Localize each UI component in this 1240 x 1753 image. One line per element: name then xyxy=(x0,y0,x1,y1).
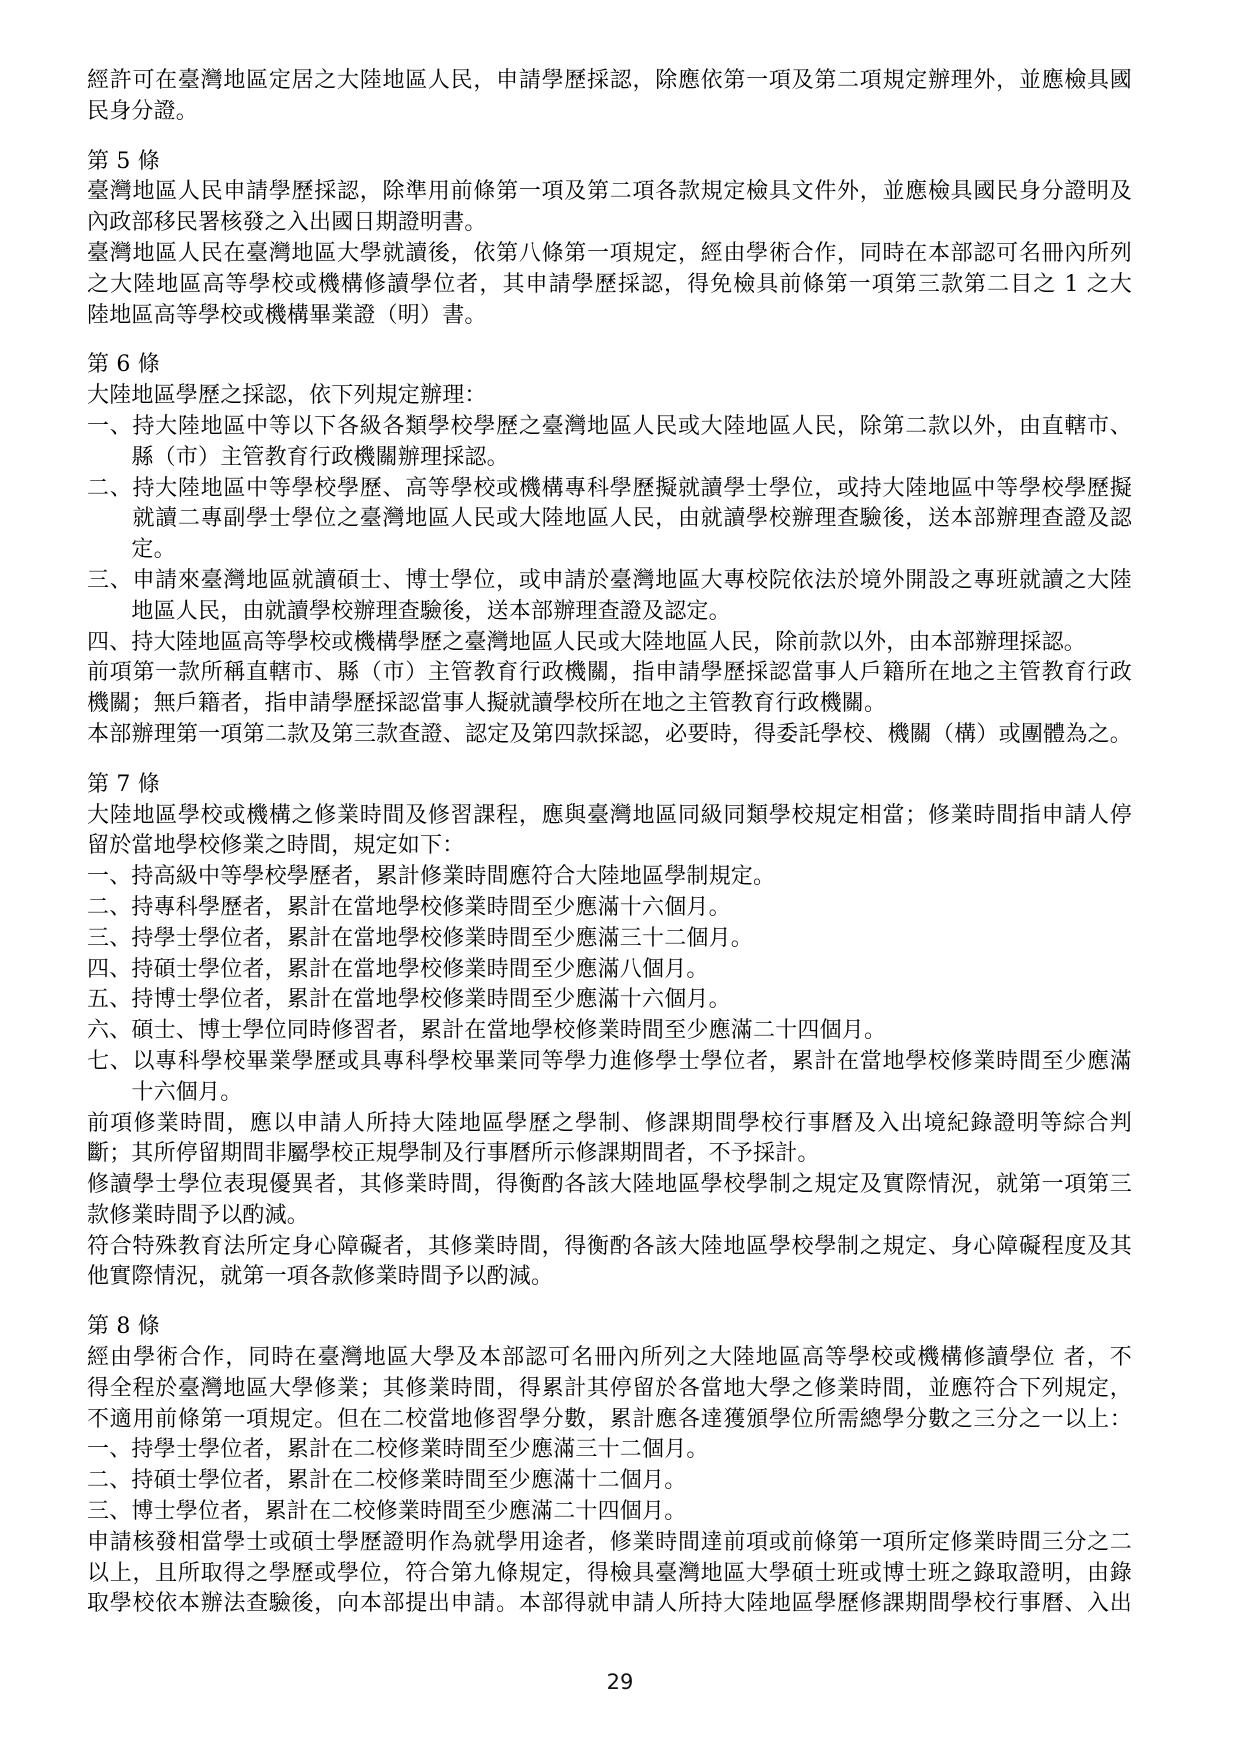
text-line: 本部辦理第一項第二款及第三款查證、認定及第四款採認，必要時，得委託學校、機關（構… xyxy=(87,720,1132,751)
text-line: 就讀二專副學士學位之臺灣地區人民或大陸地區人民，由就讀學校辦理查驗後，送本部辦理… xyxy=(87,504,1132,535)
text-line: 不適用前條第一項規定。但在二校當地修習學分數，累計應各達獲頒學位所需總學分數之三… xyxy=(87,1405,1132,1436)
page-number: 29 xyxy=(0,1670,1240,1694)
article-heading: 第 7 條 xyxy=(87,770,1132,801)
text-line: 民身分證。 xyxy=(87,97,1132,128)
text-line: 一、持學士學位者，累計在二校修業時間至少應滿三十二個月。 xyxy=(87,1435,1132,1466)
text-line: 斷；其所停留期間非屬學校正規學制及行事曆所示修課期間者，不予採計。 xyxy=(87,1139,1132,1170)
text-line: 大陸地區學校或機構之修業時間及修習課程，應與臺灣地區同級同類學校規定相當；修業時… xyxy=(87,801,1132,832)
document-content: 經許可在臺灣地區定居之大陸地區人民，申請學歷採認，除應依第一項及第二項規定辦理外… xyxy=(87,66,1132,1620)
text-line: 縣（市）主管教育行政機關辦理採認。 xyxy=(87,443,1132,474)
text-line: 符合特殊教育法所定身心障礙者，其修業時間，得衡酌各該大陸地區學校學制之規定、身心… xyxy=(87,1232,1132,1263)
text-line: 一、持大陸地區中等以下各級各類學校學歷之臺灣地區人民或大陸地區人民，除第二款以外… xyxy=(87,412,1132,443)
document-page: 經許可在臺灣地區定居之大陸地區人民，申請學歷採認，除應依第一項及第二項規定辦理外… xyxy=(0,0,1240,1753)
text-line: 臺灣地區人民在臺灣地區大學就讀後，依第八條第一項規定，經由學術合作，同時在本部認… xyxy=(87,239,1132,270)
text-line: 定。 xyxy=(87,535,1132,566)
text-line: 經許可在臺灣地區定居之大陸地區人民，申請學歷採認，除應依第一項及第二項規定辦理外… xyxy=(87,66,1132,97)
article-heading: 第 6 條 xyxy=(87,350,1132,381)
text-line: 修讀學士學位表現優異者，其修業時間，得衡酌各該大陸地區學校學制之規定及實際情況，… xyxy=(87,1170,1132,1201)
text-line: 三、持學士學位者，累計在當地學校修業時間至少應滿三十二個月。 xyxy=(87,924,1132,955)
text-line: 取學校依本辦法查驗後，向本部提出申請。本部得就申請人所持大陸地區學歷修課期間學校… xyxy=(87,1589,1132,1620)
text-line: 留於當地學校修業之時間，規定如下： xyxy=(87,831,1132,862)
text-line: 四、持大陸地區高等學校或機構學歷之臺灣地區人民或大陸地區人民，除前款以外，由本部… xyxy=(87,628,1132,659)
text-line: 前項第一款所稱直轄市、縣（市）主管教育行政機關，指申請學歷採認當事人戶籍所在地之… xyxy=(87,658,1132,689)
text-line: 一、持高級中等學校學歷者，累計修業時間應符合大陸地區學制規定。 xyxy=(87,862,1132,893)
text-line: 陸地區高等學校或機構畢業證（明）書。 xyxy=(87,301,1132,332)
text-line: 得全程於臺灣地區大學修業；其修業時間，得累計其停留於各當地大學之修業時間，並應符… xyxy=(87,1374,1132,1405)
article-heading: 第 8 條 xyxy=(87,1312,1132,1343)
text-line: 二、持專科學歷者，累計在當地學校修業時間至少應滿十六個月。 xyxy=(87,893,1132,924)
text-line: 二、持碩士學位者，累計在二校修業時間至少應滿十二個月。 xyxy=(87,1466,1132,1497)
text-line: 前項修業時間，應以申請人所持大陸地區學歷之學制、修課期間學校行事曆及入出境紀錄證… xyxy=(87,1109,1132,1140)
text-line: 機關；無戶籍者，指申請學歷採認當事人擬就讀學校所在地之主管教育行政機關。 xyxy=(87,689,1132,720)
text-line: 二、持大陸地區中等學校學歷、高等學校或機構專科學歷擬就讀學士學位，或持大陸地區中… xyxy=(87,474,1132,505)
text-line: 以上，且所取得之學歷或學位，符合第九條規定，得檢具臺灣地區大學碩士班或博士班之錄… xyxy=(87,1559,1132,1590)
text-line: 內政部移民署核發之入出國日期證明書。 xyxy=(87,208,1132,239)
text-line: 七、以專科學校畢業學歷或具專科學校畢業同等學力進修學士學位者，累計在當地學校修業… xyxy=(87,1047,1132,1078)
text-line: 四、持碩士學位者，累計在當地學校修業時間至少應滿八個月。 xyxy=(87,955,1132,986)
text-line: 之大陸地區高等學校或機構修讀學位者，其申請學歷採認，得免檢具前條第一項第三款第二… xyxy=(87,270,1132,301)
text-line: 地區人民，由就讀學校辦理查驗後，送本部辦理查證及認定。 xyxy=(87,597,1132,628)
text-line: 申請核發相當學士或碩士學歷證明作為就學用途者，修業時間達前項或前條第一項所定修業… xyxy=(87,1528,1132,1559)
text-line: 臺灣地區人民申請學歷採認，除準用前條第一項及第二項各款規定檢具文件外，並應檢具國… xyxy=(87,177,1132,208)
text-line: 三、博士學位者，累計在二校修業時間至少應滿二十四個月。 xyxy=(87,1497,1132,1528)
article-heading: 第 5 條 xyxy=(87,147,1132,178)
text-line: 款修業時間予以酌減。 xyxy=(87,1201,1132,1232)
text-line: 經由學術合作，同時在臺灣地區大學及本部認可名冊內所列之大陸地區高等學校或機構修讀… xyxy=(87,1343,1132,1374)
text-line: 他實際情況，就第一項各款修業時間予以酌減。 xyxy=(87,1262,1132,1293)
text-line: 大陸地區學歷之採認，依下列規定辦理： xyxy=(87,381,1132,412)
text-line: 六、碩士、博士學位同時修習者，累計在當地學校修業時間至少應滿二十四個月。 xyxy=(87,1016,1132,1047)
text-line: 十六個月。 xyxy=(87,1078,1132,1109)
text-line: 五、持博士學位者，累計在當地學校修業時間至少應滿十六個月。 xyxy=(87,985,1132,1016)
text-line: 三、申請來臺灣地區就讀碩士、博士學位，或申請於臺灣地區大專校院依法於境外開設之專… xyxy=(87,566,1132,597)
